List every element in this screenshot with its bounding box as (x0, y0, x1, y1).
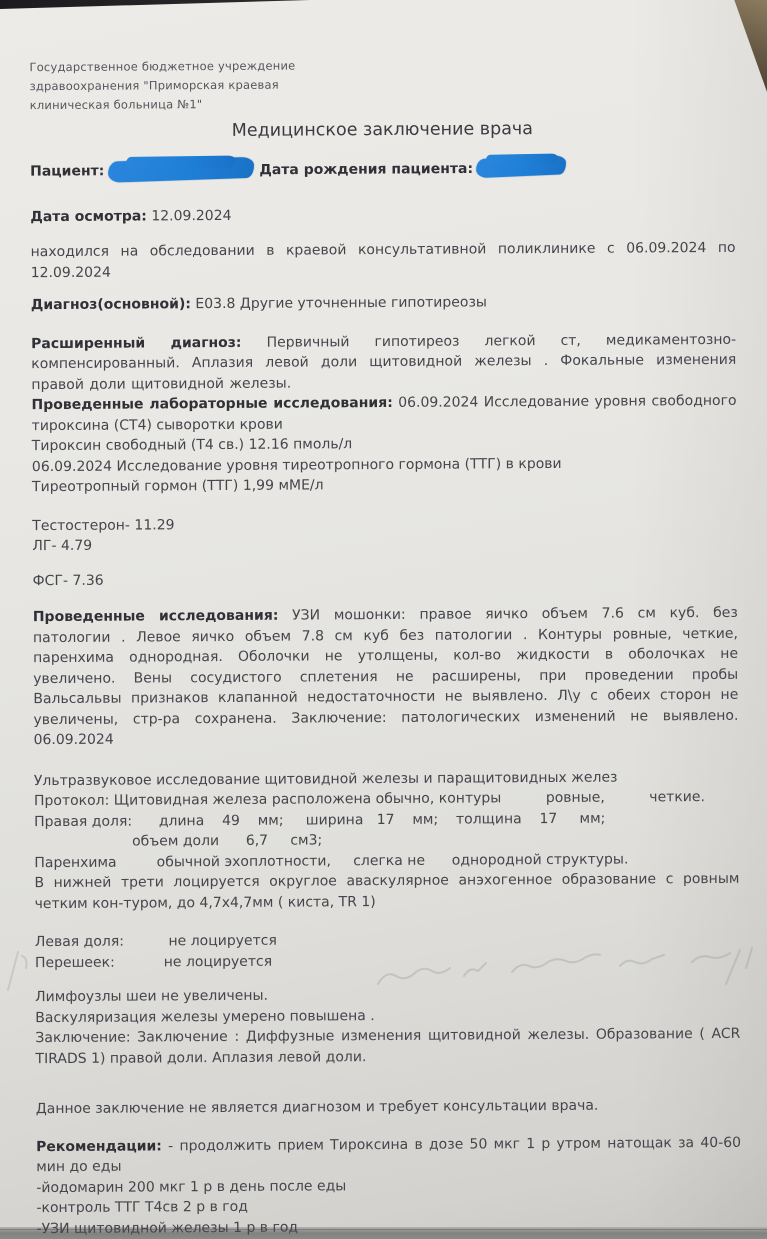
recommendations-paragraph: Рекомендации: - продолжить прием Тирокси… (36, 1132, 741, 1177)
thyroid-conclusion-paragraph: Заключение: Заключение : Диффузные измен… (35, 1024, 740, 1069)
thyroid-protocol-line: Протокол: Щитовидная железа расположена … (34, 787, 739, 812)
disclaimer-line: Данное заключение не является диагнозом … (36, 1095, 741, 1120)
main-diagnosis-line: Диагноз(основной): E03.8 Другие уточненн… (31, 291, 736, 316)
instrumental-studies-value: УЗИ мошонки: правое яичко объем 7.6 см к… (33, 605, 739, 748)
document-content: Государственное бюджетное учреждение здр… (29, 54, 741, 1239)
lab-result-line: Тиреотропный гормон (ТТГ) 1,99 мМЕ/л (32, 473, 737, 498)
extended-diagnosis-label: Расширенный диагноз: (31, 334, 241, 351)
instrumental-studies-paragraph: Проведенные исследования: УЗИ мошонки: п… (33, 603, 739, 751)
patient-line: Пациент:Дата рождения пациента: (30, 155, 735, 182)
thyroid-isthmus-line: Перешеек: не лоцируется (35, 948, 740, 973)
patient-label: Пациент: (30, 163, 104, 179)
lg-line: ЛГ- 4.79 (32, 532, 737, 557)
lab-studies-paragraph: Проведенные лабораторные исследования: 0… (31, 391, 736, 436)
lab-studies-label: Проведенные лабораторные исследования: (31, 395, 392, 413)
exam-date-value: 12.09.2024 (151, 207, 231, 223)
organization-name: Государственное бюджетное учреждение здр… (29, 54, 734, 115)
main-diagnosis-label: Диагноз(основной): (31, 296, 191, 313)
patient-name-redaction (108, 156, 255, 182)
org-line: клиническая больница №1" (30, 92, 735, 115)
thyroid-nodule-paragraph: В нижней трети лоцируется округлое аваск… (34, 869, 739, 914)
stay-paragraph: находился на обследовании в краевой конс… (31, 238, 736, 283)
exam-date-line: Дата осмотра: 12.09.2024 (30, 202, 735, 227)
birth-date-label: Дата рождения пациента: (259, 160, 473, 177)
birth-date-redaction (476, 155, 567, 178)
main-diagnosis-value: E03.8 Другие уточненные гипотиреозы (195, 294, 487, 312)
document-title: Медицинское заключение врача (30, 118, 735, 143)
recommendations-label: Рекомендации: (36, 1138, 162, 1155)
recommendation-line: -УЗИ щитовидной железы 1 р в год (36, 1214, 741, 1239)
exam-date-label: Дата осмотра: (30, 208, 147, 225)
instrumental-studies-label: Проведенные исследования: (33, 608, 279, 626)
extended-diagnosis-paragraph: Расширенный диагноз: Первичный гипотирео… (31, 329, 736, 395)
document-photo: Государственное бюджетное учреждение здр… (0, 0, 767, 1239)
fsg-line: ФСГ- 7.36 (33, 566, 738, 591)
